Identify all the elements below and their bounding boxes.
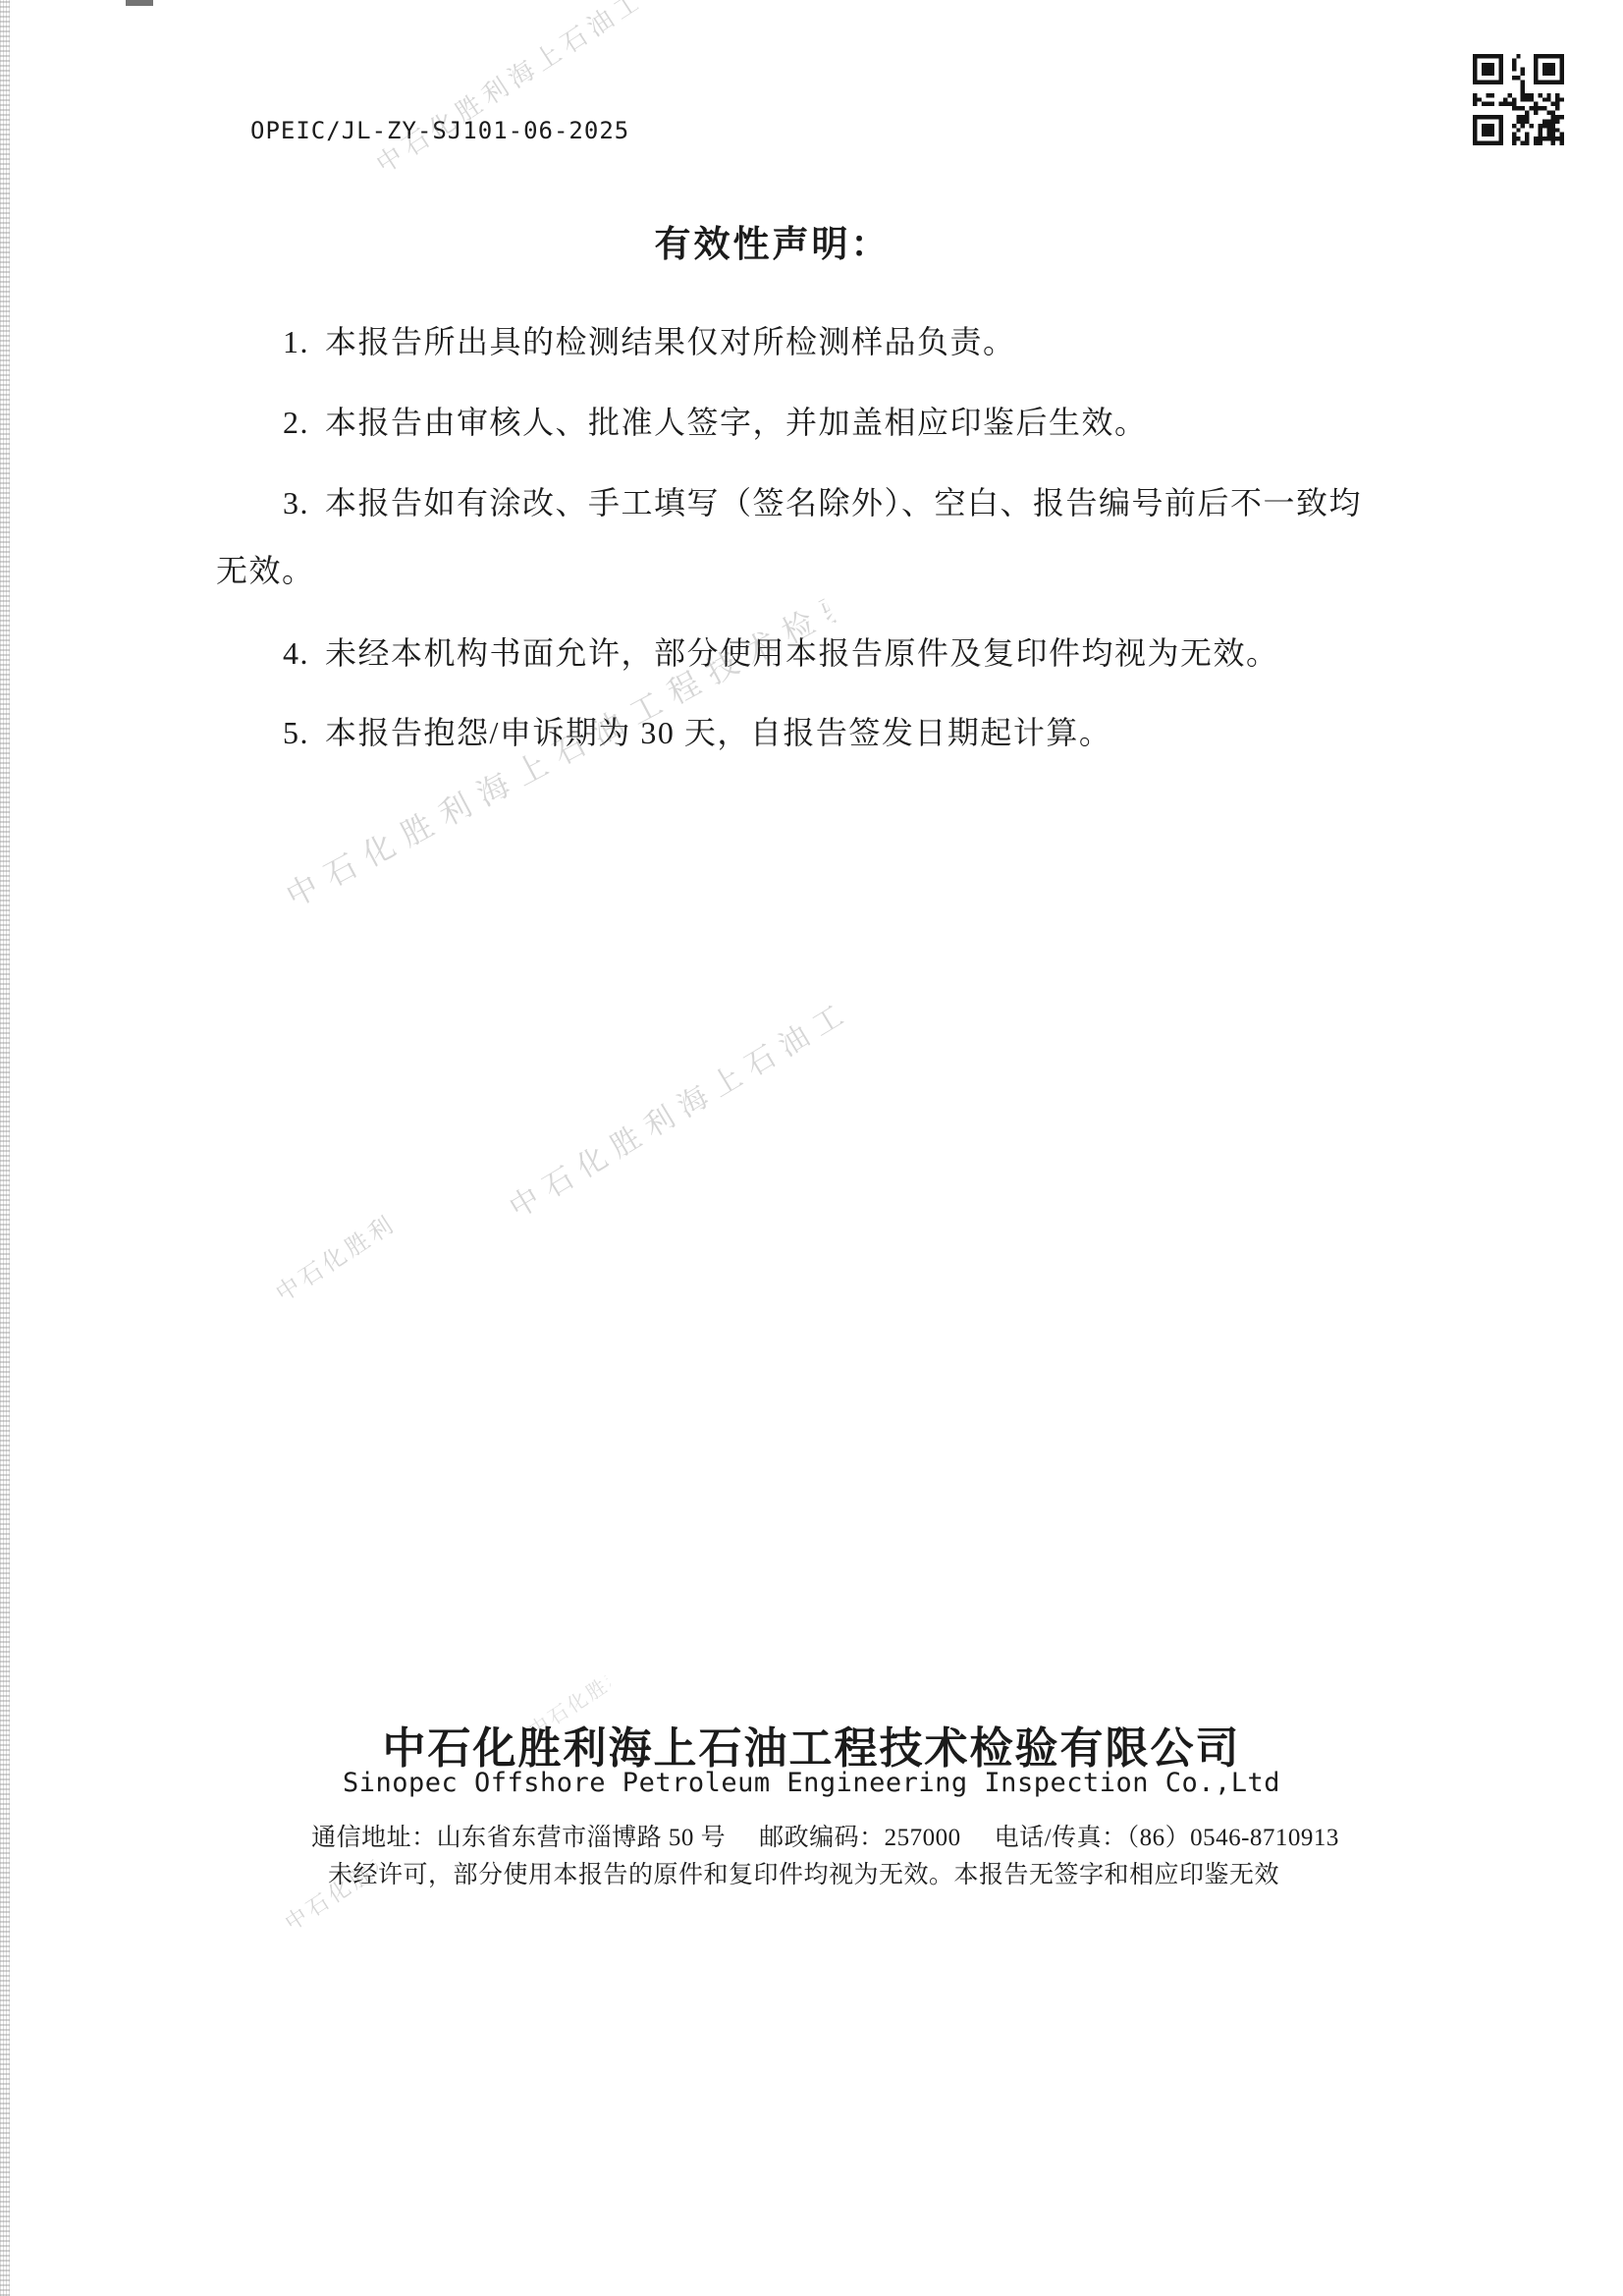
item-text: 未经本机构书面允许，部分使用本报告原件及复印件均视为无效。 xyxy=(325,635,1279,671)
watermark-text: 中石化胜利海上石油工程技术检验有限公司 xyxy=(267,1207,397,1308)
company-contact-line: 通信地址：山东省东营市淄博路 50 号邮政编码：257000电话/传真：（86）… xyxy=(14,1818,1623,1853)
phone-fax: 电话/传真：（86）0546-8710913 xyxy=(995,1825,1339,1851)
item-number: 5. xyxy=(283,715,309,750)
item-text: 本报告所出具的检测结果仅对所检测样品负责。 xyxy=(325,324,1016,359)
statement-item-5: 5.本报告抱怨/申诉期为 30 天，自报告签发日期起计算。 xyxy=(216,711,1492,754)
footer-notice: 未经许可，部分使用本报告的原件和复印件均视为无效。本报告无签字和相应印鉴无效 xyxy=(0,1855,1615,1890)
scan-speck xyxy=(126,0,153,6)
item-text: 本报告抱怨/申诉期为 30 天，自报告签发日期起计算。 xyxy=(325,715,1111,750)
document-page: OPEIC/JL-ZY-SJ101-06-2025 有效性声明： 1.本报告所出… xyxy=(0,0,1623,2296)
statement-item-4: 4.未经本机构书面允许，部分使用本报告原件及复印件均视为无效。 xyxy=(216,631,1492,675)
postal-address: 通信地址：山东省东营市淄博路 50 号 xyxy=(311,1825,726,1851)
item-text-line1: 本报告如有涂改、手工填写（签名除外）、空白、报告编号前后不一致均 xyxy=(325,485,1362,520)
document-code: OPEIC/JL-ZY-SJ101-06-2025 xyxy=(250,117,629,144)
statement-item-3: 3.本报告如有涂改、手工填写（签名除外）、空白、报告编号前后不一致均无效。 xyxy=(216,469,1492,605)
item-number: 2. xyxy=(283,405,309,440)
watermark-text: 中石化胜利海上石油工程技术检验有限公司 xyxy=(500,992,850,1227)
postal-code: 邮政编码：257000 xyxy=(759,1825,961,1851)
item-number: 1. xyxy=(283,324,309,359)
qr-code xyxy=(1473,54,1564,145)
statement-item-1: 1.本报告所出具的检测结果仅对所检测样品负责。 xyxy=(216,320,1492,363)
company-name-cn: 中石化胜利海上石油工程技术检验有限公司 xyxy=(0,1713,1623,1776)
watermark-text: 中石化胜利海上石油工程技术检验有限公司 xyxy=(368,0,643,181)
scan-noise-strip xyxy=(0,0,10,2296)
statement-item-2: 2.本报告由审核人、批准人签字，并加盖相应印鉴后生效。 xyxy=(216,401,1492,444)
item-text-line2: 无效。 xyxy=(216,553,315,588)
item-number: 3. xyxy=(283,485,309,520)
company-name-en: Sinopec Offshore Petroleum Engineering I… xyxy=(0,1768,1623,1798)
item-number: 4. xyxy=(283,635,309,671)
page-title: 有效性声明： xyxy=(0,214,1584,267)
item-text: 本报告由审核人、批准人签字，并加盖相应印鉴后生效。 xyxy=(325,405,1148,440)
